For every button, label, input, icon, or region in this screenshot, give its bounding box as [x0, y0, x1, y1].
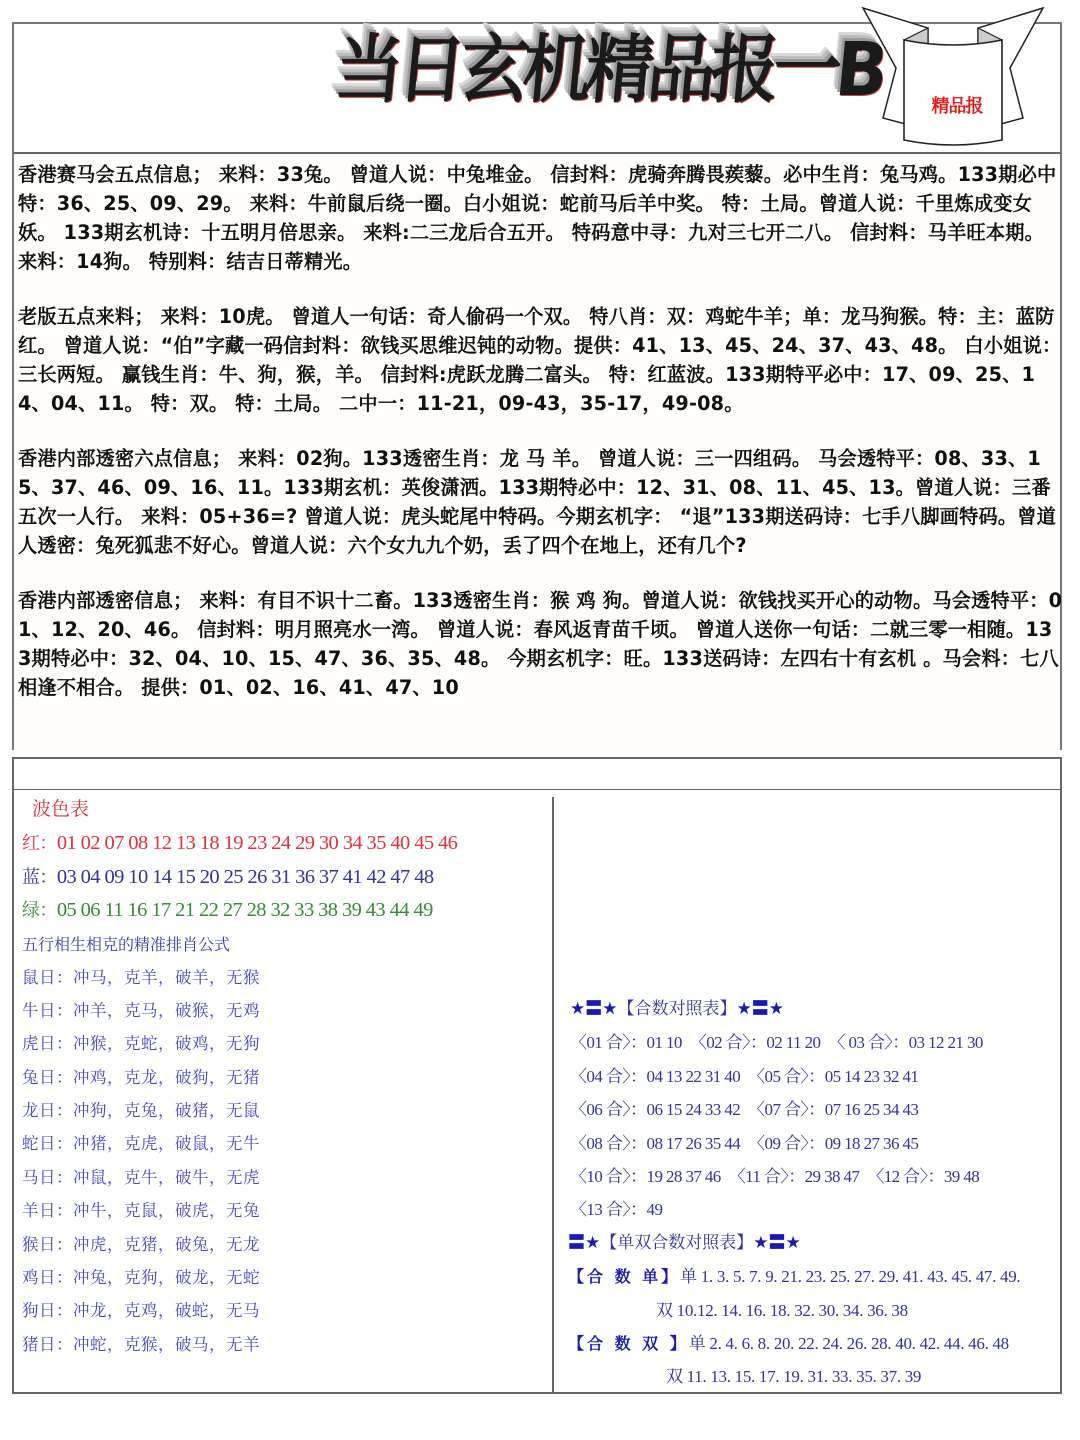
he-table-title: ★〓★【合数对照表】★〓★: [570, 993, 1050, 1026]
zodiac-row-dragon: 龙日：冲狗，克兔，破猪，无鼠: [22, 1094, 542, 1127]
column-divider: [552, 797, 554, 1393]
info-paragraph-old-version: 老版五点来料； 来料：10虎。 曾道人一句话：奇人偷码一个双。 特八肖：双：鸡蛇…: [18, 302, 1064, 418]
he-group: 〈06 合〉：06 15 24 33 42: [570, 1100, 740, 1119]
he-dan-label: 【合 数 单】: [568, 1267, 680, 1286]
five-elements-title: 五行相生相克的精准排肖公式: [22, 928, 542, 961]
zodiac-row-snake: 蛇日：冲猪，克虎，破鼠，无牛: [22, 1127, 542, 1160]
zodiac-row-dog: 狗日：冲龙，克鸡，破蛇，无马: [22, 1294, 542, 1327]
he-shuang-even-row: 双 11. 13. 15. 17. 19. 31. 33. 35. 37. 39: [570, 1360, 1050, 1393]
he-row: 〈01 合〉：01 10〈02 合〉：02 11 20〈 03 合〉：03 12…: [570, 1026, 1050, 1059]
zodiac-row-rabbit: 兔日：冲鸡，克龙，破狗，无猪: [22, 1061, 542, 1094]
he-row: 〈08 合〉：08 17 26 35 44〈09 合〉：09 18 27 36 …: [570, 1127, 1050, 1160]
wave-table-title: 波色表: [32, 795, 542, 827]
star-decoration-icon: ★〓★: [753, 1233, 800, 1253]
info-section: 香港赛马会五点信息； 来料：33兔。 曾道人说：中兔堆金。 信封料：虎骑奔腾畏蒺…: [12, 154, 1062, 750]
wave-row-red: 红：01 02 07 08 12 13 18 19 23 24 29 30 34…: [22, 827, 542, 861]
he-shuang-even-numbers: 双 11. 13. 15. 17. 19. 31. 33. 35. 37. 39: [666, 1367, 921, 1386]
odd-even-table-title-text: 【单双合数对照表】: [600, 1233, 753, 1253]
right-column: ★〓★【合数对照表】★〓★ 〈01 合〉：01 10〈02 合〉：02 11 2…: [570, 993, 1050, 1394]
he-dan-even-row: 双 10.12. 14. 16. 18. 32. 30. 34. 36. 38: [570, 1294, 1050, 1327]
he-group: 〈13 合〉：49: [570, 1200, 662, 1219]
star-decoration-icon: 〓★: [568, 1233, 600, 1253]
wave-numbers: 01 02 07 08 12 13 18 19 23 24 29 30 34 3…: [57, 832, 458, 854]
wave-label: 蓝：: [22, 867, 57, 888]
zodiac-row-horse: 马日：冲鼠，克牛，破牛，无虎: [22, 1161, 542, 1194]
odd-even-table-title: 〓★【单双合数对照表】★〓★: [568, 1227, 1050, 1260]
zodiac-row-monkey: 猴日：冲虎，克猪，破兔，无龙: [22, 1228, 542, 1261]
he-shuang-label: 【合 数 双 】: [568, 1334, 689, 1353]
zodiac-row-ox: 牛日：冲羊，克马，破猴，无鸡: [22, 994, 542, 1027]
he-group: 〈07 合〉：07 16 25 34 43: [748, 1100, 918, 1119]
wave-numbers: 05 06 11 16 17 21 22 27 28 32 33 38 39 4…: [57, 899, 433, 921]
zodiac-row-rat: 鼠日：冲马，克羊，破羊，无猴: [22, 961, 542, 994]
he-row: 〈04 合〉：04 13 22 31 40〈05 合〉：05 14 23 32 …: [570, 1060, 1050, 1093]
he-group: 〈01 合〉：01 10: [570, 1033, 682, 1052]
he-dan-odd-numbers: 单 1. 3. 5. 7. 9. 21. 23. 25. 27. 29. 41.…: [680, 1267, 1020, 1286]
he-row: 〈10 合〉：19 28 37 46〈11 合〉：29 38 47〈12 合〉：…: [570, 1160, 1050, 1193]
info-paragraph-hk-five-point: 香港赛马会五点信息； 来料：33兔。 曾道人说：中兔堆金。 信封料：虎骑奔腾畏蒺…: [18, 160, 1064, 276]
he-group: 〈12 合〉：39 48: [867, 1167, 979, 1186]
page-title: 当日玄机精品报一B: [331, 8, 889, 120]
he-dan-odd-row: 【合 数 单】单 1. 3. 5. 7. 9. 21. 23. 25. 27. …: [568, 1260, 1050, 1293]
wave-label: 红：: [22, 833, 57, 854]
he-group: 〈02 合〉：02 11 20: [690, 1033, 821, 1052]
he-group: 〈10 合〉：19 28 37 46: [570, 1167, 721, 1186]
star-decoration-icon: ★〓★: [736, 999, 783, 1019]
he-shuang-odd-row: 【合 数 双 】单 2. 4. 6. 8. 20. 22. 24. 26. 28…: [568, 1327, 1050, 1360]
info-paragraph-hk-internal-six-point: 香港内部透密六点信息； 来料：02狗。133透密生肖：龙 马 羊。 曾道人说：三…: [18, 444, 1064, 560]
left-column: 波色表 红：01 02 07 08 12 13 18 19 23 24 29 3…: [22, 795, 542, 1361]
he-table-title-text: 【合数对照表】: [617, 999, 736, 1019]
he-shuang-odd-numbers: 单 2. 4. 6. 8. 20. 22. 24. 26. 28. 40. 42…: [689, 1334, 1009, 1353]
he-group: 〈04 合〉：04 13 22 31 40: [570, 1067, 740, 1086]
zodiac-row-goat: 羊日：冲牛，克鼠，破虎，无兔: [22, 1194, 542, 1227]
he-row: 〈13 合〉：49: [570, 1193, 1050, 1226]
he-dan-even-numbers: 双 10.12. 14. 16. 18. 32. 30. 34. 36. 38: [656, 1301, 908, 1320]
info-paragraph-hk-internal: 香港内部透密信息； 来料：有目不识十二畜。133透密生肖：猴 鸡 狗。曾道人说：…: [18, 586, 1064, 702]
star-decoration-icon: ★〓★: [570, 999, 617, 1019]
separator-row: [12, 757, 1062, 791]
ribbon-banner-icon: [858, 0, 1048, 150]
zodiac-row-rooster: 鸡日：冲兔，克狗，破龙，无蛇: [22, 1261, 542, 1294]
he-group: 〈 03 合〉：03 12 21 30: [828, 1033, 982, 1052]
he-group: 〈11 合〉：29 38 47: [729, 1167, 860, 1186]
zodiac-row-pig: 猪日：冲蛇，克猴，破马，无羊: [22, 1328, 542, 1361]
wave-row-green: 绿：05 06 11 16 17 21 22 27 28 32 33 38 39…: [22, 894, 542, 928]
he-group: 〈09 合〉：09 18 27 36 45: [748, 1134, 918, 1153]
wave-label: 绿：: [22, 900, 57, 921]
he-row: 〈06 合〉：06 15 24 33 42〈07 合〉：07 16 25 34 …: [570, 1093, 1050, 1126]
he-group: 〈08 合〉：08 17 26 35 44: [570, 1134, 740, 1153]
ribbon-label: 精品报: [925, 92, 989, 118]
zodiac-row-tiger: 虎日：冲猴，克蛇，破鸡，无狗: [22, 1027, 542, 1060]
he-group: 〈05 合〉：05 14 23 32 41: [748, 1067, 918, 1086]
wave-row-blue: 蓝：03 04 09 10 14 15 20 25 26 31 36 37 41…: [22, 861, 542, 895]
wave-numbers: 03 04 09 10 14 15 20 25 26 31 36 37 41 4…: [57, 866, 434, 888]
